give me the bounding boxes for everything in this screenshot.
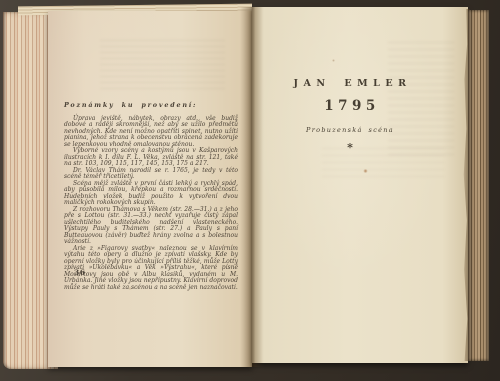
right-page-text-block: JAN EMLER 1795 Probuzenská scéna * bbox=[252, 78, 448, 154]
paragraph: Scéna mějž zvláště v první části lehký a… bbox=[64, 181, 238, 207]
paragraph: Výborné vzory scény a kostýmů jsou v Kaš… bbox=[64, 148, 238, 168]
paragraph: Z rozhovoru Thámova s Věkem (str. 28.—31… bbox=[64, 207, 238, 246]
right-fore-edge-stack bbox=[468, 10, 489, 361]
play-subtitle: Probuzenská scéna bbox=[252, 126, 448, 134]
paragraph: Úprava jeviště, nábytek, obrazy atd., vš… bbox=[64, 116, 238, 149]
page-number: 36 bbox=[74, 268, 85, 277]
notes-heading: Poznámky ku provedení: bbox=[64, 102, 238, 109]
right-page bbox=[252, 7, 468, 363]
paragraph: Dr. Václav Thám narodil se r. 1765, je t… bbox=[64, 168, 238, 181]
asterisk-ornament: * bbox=[252, 141, 448, 154]
paragraph: Arie z »Figarovy svatby« naleznou se v k… bbox=[64, 246, 238, 292]
play-title-year: 1795 bbox=[256, 98, 448, 114]
left-page-text-block: Poznámky ku provedení: Úprava jeviště, n… bbox=[64, 102, 238, 291]
author-name: JAN EMLER bbox=[257, 78, 448, 89]
open-book-photo: Poznámky ku provedení: Úprava jeviště, n… bbox=[0, 0, 500, 381]
